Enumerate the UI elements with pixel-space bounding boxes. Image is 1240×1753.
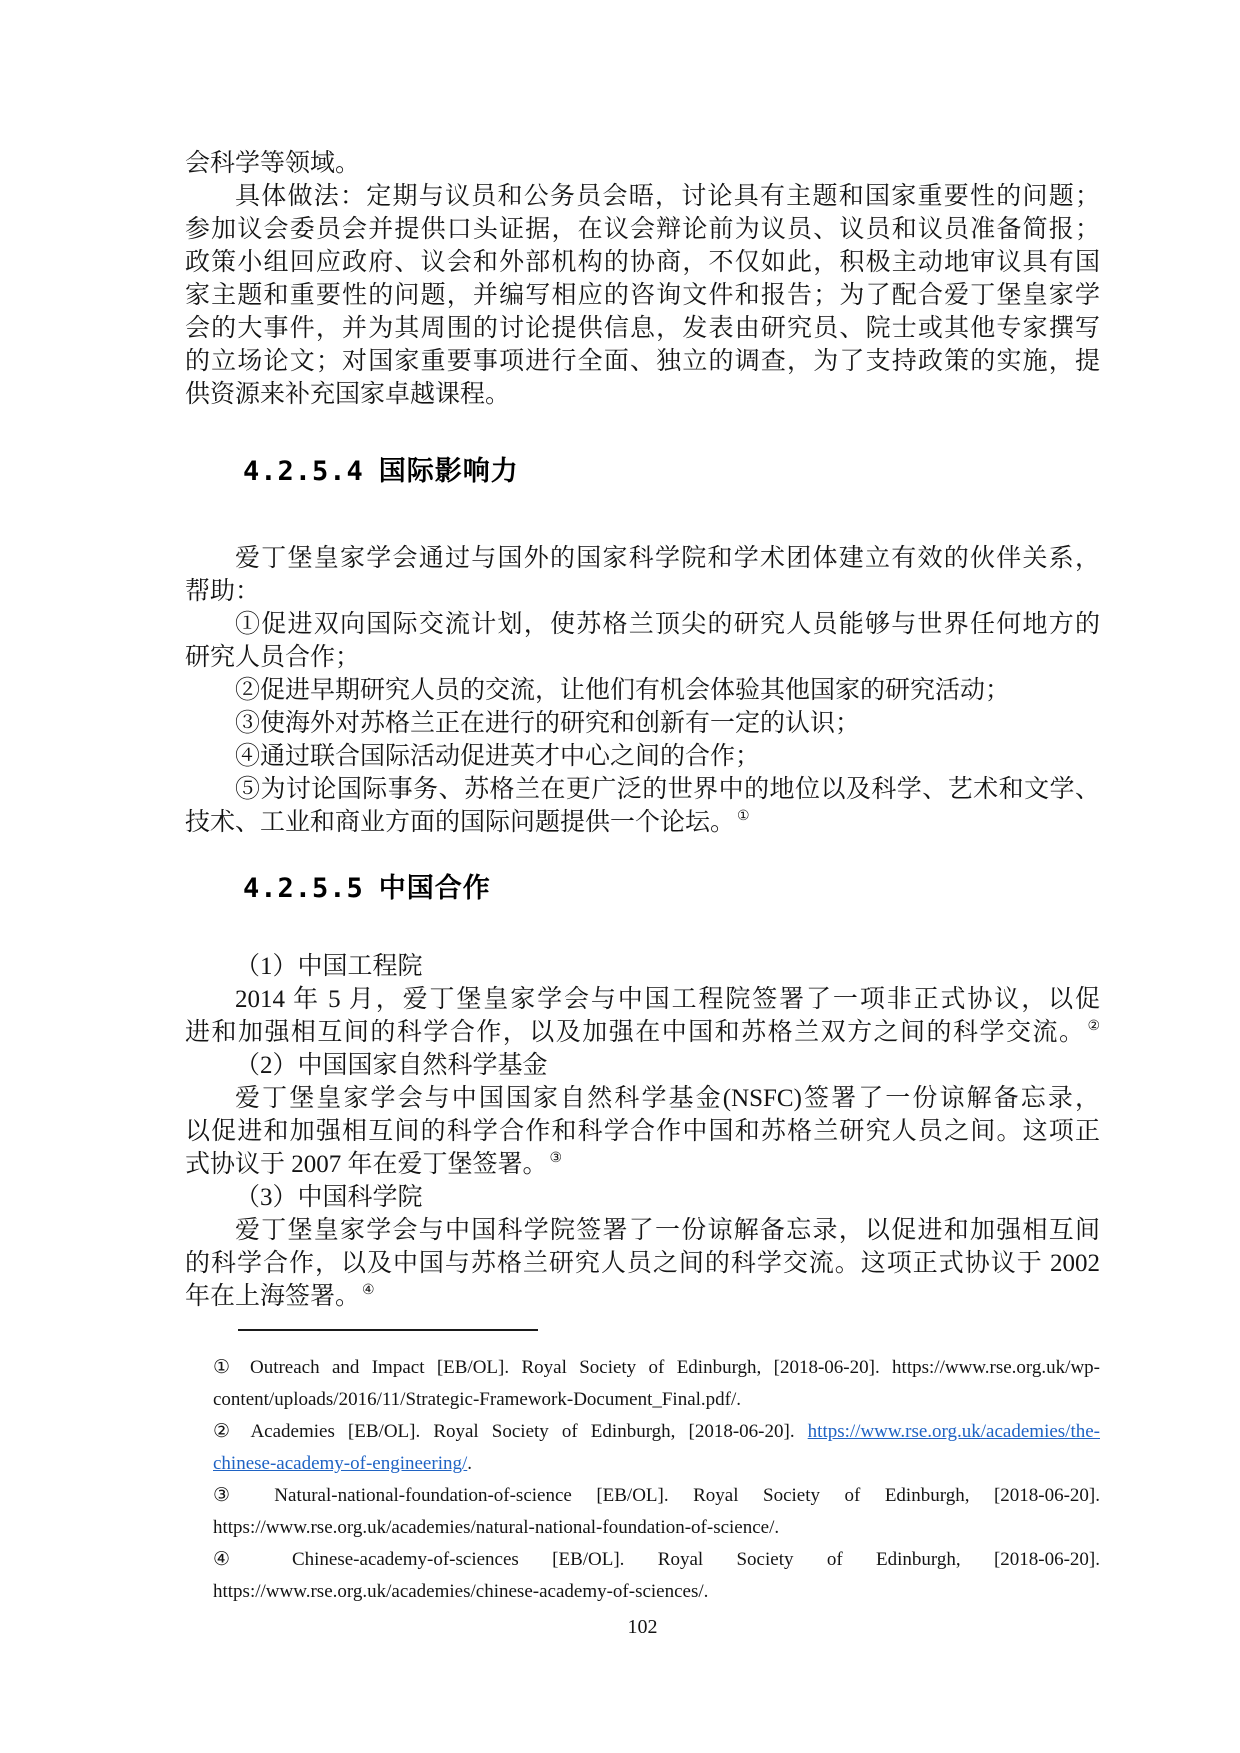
text-line: 以促进和加强相互间的科学合作和科学合作中国和苏格兰研究人员之间。这项正	[185, 1115, 1100, 1148]
text-line: 的科学合作，以及中国与苏格兰研究人员之间的科学交流。这项正式协议于 2002	[185, 1247, 1100, 1280]
footnote-link[interactable]: https://www.rse.org.uk/academies/the-	[808, 1421, 1100, 1442]
line-text: 家主题和重要性的问题，并编写相应的咨询文件和报告；为了配合爱丁堡皇家学	[185, 282, 1100, 309]
footnote-marker: ③	[213, 1485, 250, 1506]
line-text: 爱丁堡皇家学会与中国国家自然科学基金(NSFC)签署了一份谅解备忘录，	[235, 1085, 1100, 1112]
footnote-reference-mark: ③	[550, 1151, 563, 1166]
line-text: ⑤为讨论国际事务、苏格兰在更广泛的世界中的地位以及科学、艺术和文学、	[235, 776, 1100, 803]
text-line: 家主题和重要性的问题，并编写相应的咨询文件和报告；为了配合爱丁堡皇家学	[185, 279, 1100, 312]
text-line: 会的大事件，并为其周围的讨论提供信息，发表由研究员、院士或其他专家撰写	[185, 312, 1100, 345]
line-text: 的科学合作，以及中国与苏格兰研究人员之间的科学交流。这项正式协议于 2002	[185, 1250, 1100, 1277]
footnote-link[interactable]: chinese-academy-of-engineering/	[213, 1453, 467, 1474]
intro-paragraphs: 会科学等领域。具体做法：定期与议员和公务员会晤，讨论具有主题和国家重要性的问题；…	[185, 147, 1100, 411]
footnote-text: content/uploads/2016/11/Strategic-Framew…	[213, 1389, 741, 1410]
footnote-line: https://www.rse.org.uk/academies/natural…	[213, 1512, 1100, 1544]
footnote-text: https://www.rse.org.uk/academies/natural…	[213, 1517, 779, 1538]
heading-number: 4.2.5.5	[243, 872, 364, 905]
footnote-line: ① Outreach and Impact [EB/OL]. Royal Soc…	[213, 1352, 1100, 1384]
line-text: 爱丁堡皇家学会通过与国外的国家科学院和学术团体建立有效的伙伴关系，	[235, 545, 1100, 572]
text-line: 的立场论文；对国家重要事项进行全面、独立的调查，为了支持政策的实施，提	[185, 345, 1100, 378]
footnote-text: Chinese-academy-of-sciences [EB/OL]. Roy…	[292, 1549, 1100, 1570]
line-text: 年在上海签署。	[185, 1283, 360, 1310]
footnote-line: chinese-academy-of-engineering/.	[213, 1448, 1100, 1480]
text-line: 具体做法：定期与议员和公务员会晤，讨论具有主题和国家重要性的问题；	[185, 180, 1100, 213]
line-text: 具体做法：定期与议员和公务员会晤，讨论具有主题和国家重要性的问题；	[235, 183, 1100, 210]
footnote-text: Natural-national-foundation-of-science […	[274, 1485, 1100, 1506]
line-text: （3）中国科学院	[235, 1184, 423, 1211]
heading-title: 中国合作	[379, 872, 491, 905]
text-line: 帮助：	[185, 575, 1100, 608]
footnote-text: Outreach and Impact [EB/OL]. Royal Socie…	[250, 1357, 1100, 1378]
text-line: 爱丁堡皇家学会与中国科学院签署了一份谅解备忘录，以促进和加强相互间	[185, 1214, 1100, 1247]
document-body: 会科学等领域。具体做法：定期与议员和公务员会晤，讨论具有主题和国家重要性的问题；…	[185, 147, 1100, 1640]
text-line: ③使海外对苏格兰正在进行的研究和创新有一定的认识；	[185, 707, 1100, 740]
line-text: 参加议会委员会并提供口头证据，在议会辩论前为议员、议员和议员准备简报；	[185, 216, 1100, 243]
text-line: 供资源来补充国家卓越课程。	[185, 378, 1100, 411]
section-heading-international-influence: 4.2.5.4 国际影响力	[243, 455, 1100, 488]
line-text: 进和加强相互间的科学合作，以及加强在中国和苏格兰双方之间的科学交流。	[185, 1019, 1085, 1046]
line-text: 2014 年 5 月，爱丁堡皇家学会与中国工程院签署了一项非正式协议，以促	[235, 986, 1100, 1013]
footnote-marker: ①	[213, 1357, 238, 1378]
international-section-paragraphs: 爱丁堡皇家学会通过与国外的国家科学院和学术团体建立有效的伙伴关系，帮助：①促进双…	[185, 542, 1100, 839]
footnote-line: ② Academies [EB/OL]. Royal Society of Ed…	[213, 1416, 1100, 1448]
footnote-separator	[238, 1329, 538, 1331]
line-text: 以促进和加强相互间的科学合作和科学合作中国和苏格兰研究人员之间。这项正	[185, 1118, 1100, 1145]
footnote-text: .	[467, 1453, 472, 1474]
line-text: 技术、工业和商业方面的国际问题提供一个论坛。	[185, 809, 735, 836]
heading-title: 国际影响力	[379, 455, 519, 488]
text-line: 2014 年 5 月，爱丁堡皇家学会与中国工程院签署了一项非正式协议，以促	[185, 983, 1100, 1016]
footnote-reference-mark: ①	[737, 809, 750, 824]
text-line: 参加议会委员会并提供口头证据，在议会辩论前为议员、议员和议员准备简报；	[185, 213, 1100, 246]
text-line: 爱丁堡皇家学会与中国国家自然科学基金(NSFC)签署了一份谅解备忘录，	[185, 1082, 1100, 1115]
text-line: ①促进双向国际交流计划，使苏格兰顶尖的研究人员能够与世界任何地方的	[185, 608, 1100, 641]
footnote-line: https://www.rse.org.uk/academies/chinese…	[213, 1576, 1100, 1608]
line-text: 研究人员合作；	[185, 644, 360, 671]
footnote-reference-mark: ②	[1087, 1019, 1100, 1034]
text-line: （3）中国科学院	[185, 1181, 1100, 1214]
footnote-marker: ②	[213, 1421, 238, 1442]
line-text: ①促进双向国际交流计划，使苏格兰顶尖的研究人员能够与世界任何地方的	[235, 611, 1100, 638]
text-line: ④通过联合国际活动促进英才中心之间的合作；	[185, 740, 1100, 773]
line-text: 供资源来补充国家卓越课程。	[185, 381, 510, 408]
line-text: 会科学等领域。	[185, 150, 360, 177]
line-text: （1）中国工程院	[235, 953, 423, 980]
text-line: 式协议于 2007 年在爱丁堡签署。③	[185, 1148, 1100, 1181]
footnote-line: ③ Natural-national-foundation-of-science…	[213, 1480, 1100, 1512]
footnote-text: https://www.rse.org.uk/academies/chinese…	[213, 1581, 708, 1602]
line-text: 会的大事件，并为其周围的讨论提供信息，发表由研究员、院士或其他专家撰写	[185, 315, 1100, 342]
china-section-paragraphs: （1）中国工程院2014 年 5 月，爱丁堡皇家学会与中国工程院签署了一项非正式…	[185, 950, 1100, 1313]
document-page: 会科学等领域。具体做法：定期与议员和公务员会晤，讨论具有主题和国家重要性的问题；…	[0, 0, 1240, 1753]
text-line: ②促进早期研究人员的交流，让他们有机会体验其他国家的研究活动；	[185, 674, 1100, 707]
text-line: 年在上海签署。④	[185, 1280, 1100, 1313]
text-line: ⑤为讨论国际事务、苏格兰在更广泛的世界中的地位以及科学、艺术和文学、	[185, 773, 1100, 806]
line-text: 帮助：	[185, 578, 260, 605]
text-line: （2）中国国家自然科学基金	[185, 1049, 1100, 1082]
page-number: 102	[185, 1614, 1100, 1640]
line-text: ②促进早期研究人员的交流，让他们有机会体验其他国家的研究活动；	[235, 677, 1010, 704]
text-line: 爱丁堡皇家学会通过与国外的国家科学院和学术团体建立有效的伙伴关系，	[185, 542, 1100, 575]
line-text: 式协议于 2007 年在爱丁堡签署。	[185, 1151, 548, 1178]
line-text: 的立场论文；对国家重要事项进行全面、独立的调查，为了支持政策的实施，提	[185, 348, 1100, 375]
line-text: 爱丁堡皇家学会与中国科学院签署了一份谅解备忘录，以促进和加强相互间	[235, 1217, 1100, 1244]
section-heading-china-cooperation: 4.2.5.5 中国合作	[243, 872, 1100, 905]
text-line: 进和加强相互间的科学合作，以及加强在中国和苏格兰双方之间的科学交流。②	[185, 1016, 1100, 1049]
text-line: 技术、工业和商业方面的国际问题提供一个论坛。①	[185, 806, 1100, 839]
footnote-marker: ④	[213, 1549, 259, 1570]
footnote-text: Academies [EB/OL]. Royal Society of Edin…	[250, 1421, 807, 1442]
text-line: 研究人员合作；	[185, 641, 1100, 674]
footnote-reference-mark: ④	[362, 1283, 375, 1298]
text-line: 会科学等领域。	[185, 147, 1100, 180]
text-line: 政策小组回应政府、议会和外部机构的协商，不仅如此，积极主动地审议具有国	[185, 246, 1100, 279]
line-text: 政策小组回应政府、议会和外部机构的协商，不仅如此，积极主动地审议具有国	[185, 249, 1100, 276]
line-text: （2）中国国家自然科学基金	[235, 1052, 548, 1079]
footnote-line: ④ Chinese-academy-of-sciences [EB/OL]. R…	[213, 1544, 1100, 1576]
footnote-line: content/uploads/2016/11/Strategic-Framew…	[213, 1384, 1100, 1416]
line-text: ④通过联合国际活动促进英才中心之间的合作；	[235, 743, 760, 770]
text-line: （1）中国工程院	[185, 950, 1100, 983]
footnotes-section: ① Outreach and Impact [EB/OL]. Royal Soc…	[213, 1352, 1100, 1608]
heading-number: 4.2.5.4	[243, 455, 364, 488]
line-text: ③使海外对苏格兰正在进行的研究和创新有一定的认识；	[235, 710, 860, 737]
